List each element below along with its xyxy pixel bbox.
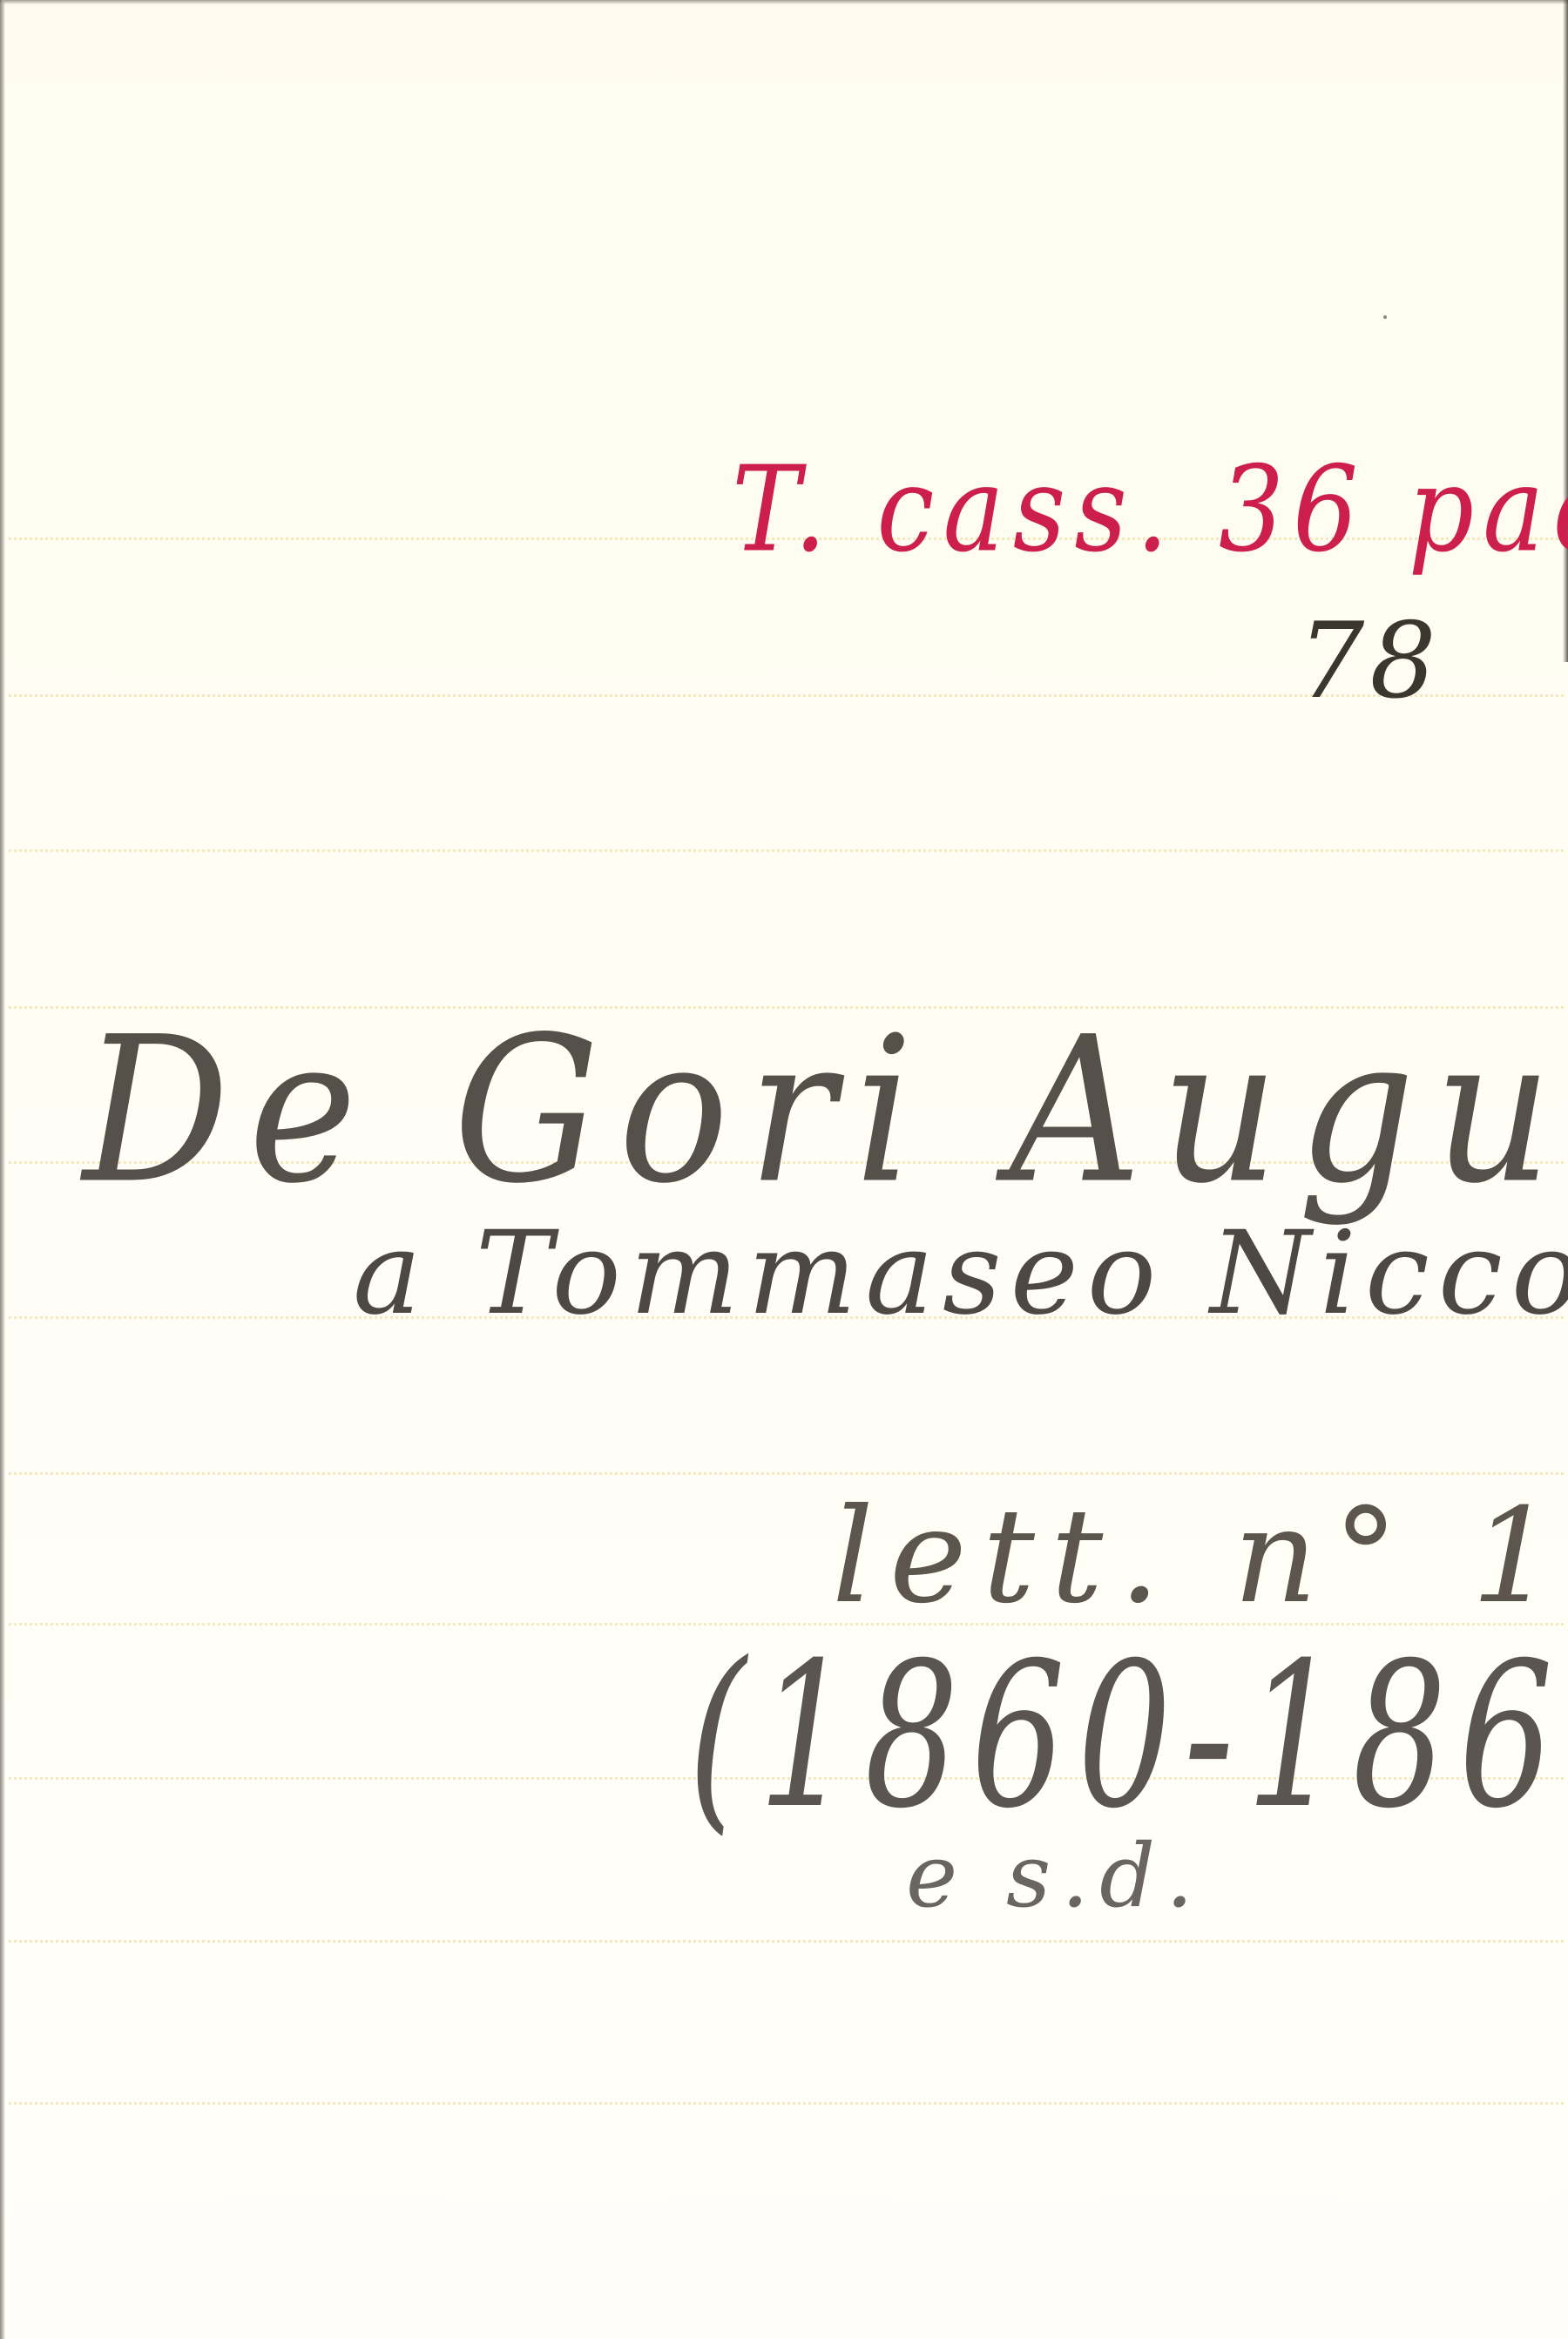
undated-note: e s.d.: [906, 1825, 1204, 1927]
ruled-line: [9, 1472, 1564, 1475]
ruled-line: [9, 849, 1564, 852]
letter-count: lett. n° 17.: [832, 1481, 1568, 1633]
folder-number: 78: [1298, 601, 1442, 722]
card-top-edge: [0, 0, 1568, 4]
card-left-edge: [0, 0, 5, 2339]
date-range: (1860-1868): [688, 1620, 1568, 1853]
recipient-name: a Tommaseo Niccolò: [353, 1207, 1568, 1341]
index-card: T. cass. 36 pacco 87. 78 De Gori Augusto…: [0, 0, 1568, 2339]
ruled-line: [9, 1940, 1564, 1943]
ruled-line: [9, 2102, 1564, 2105]
shelf-mark: T. cass. 36 pacco 87.: [732, 440, 1568, 578]
paper-speck: [1383, 315, 1387, 319]
correspondent-name: De Gori Augusto.: [83, 993, 1568, 1228]
